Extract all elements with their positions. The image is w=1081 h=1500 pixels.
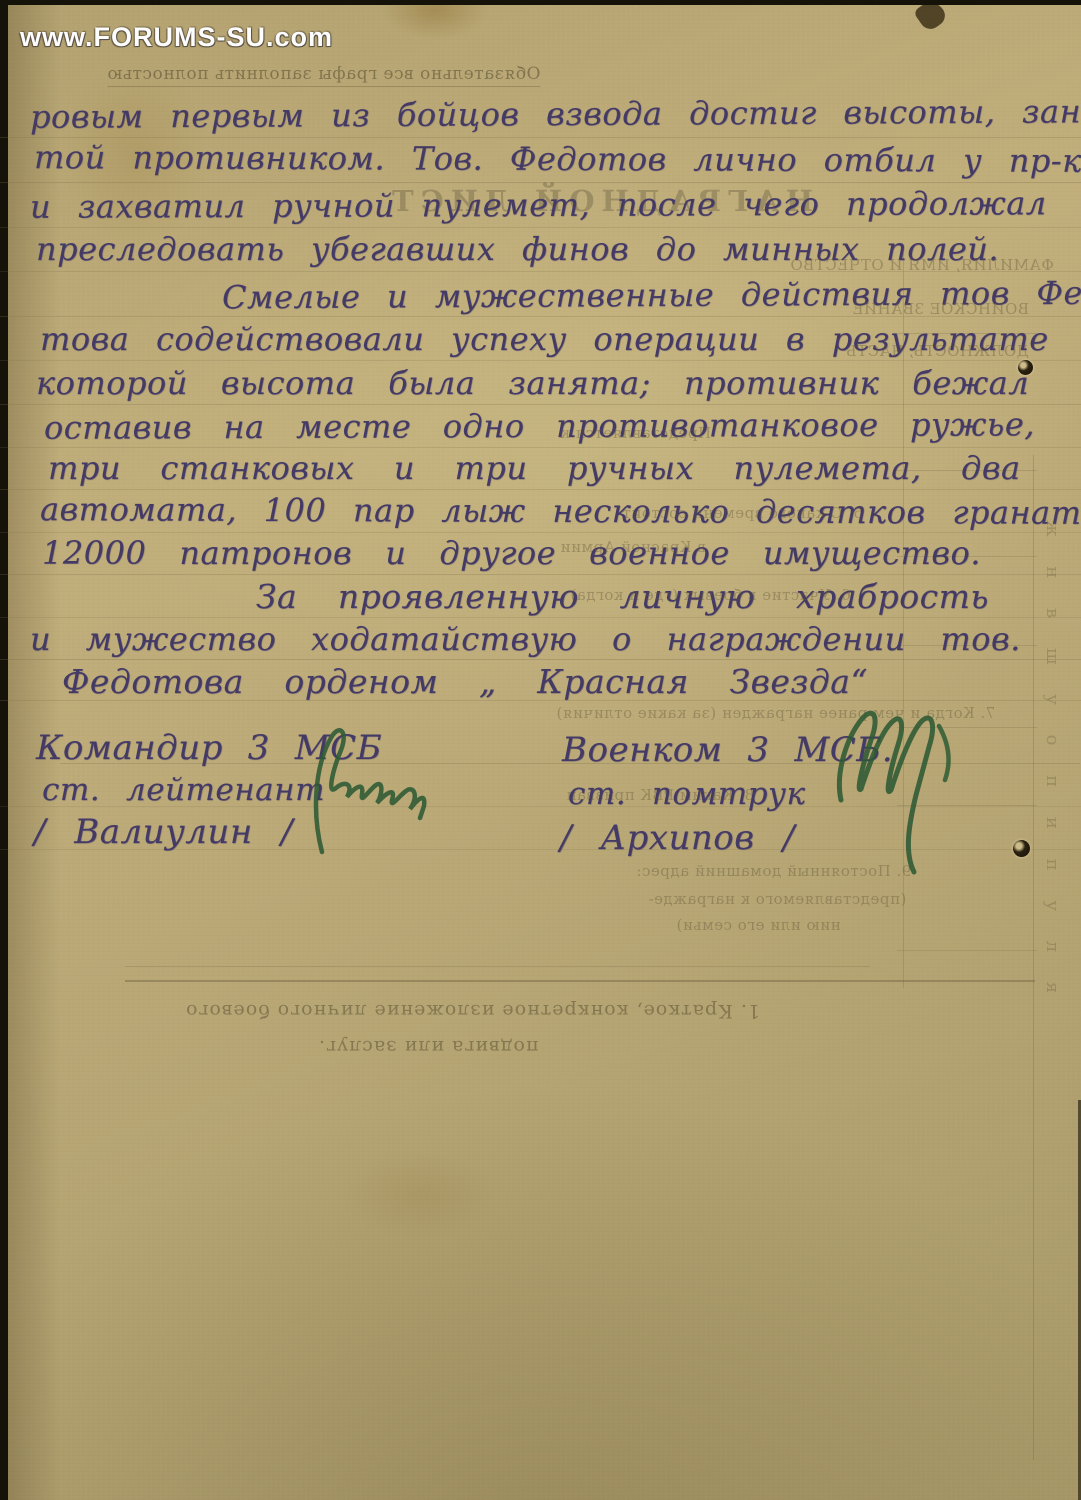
- ruled-line: [125, 966, 870, 967]
- ghost-form-field: Представляется к: [560, 424, 711, 442]
- punch-hole: [1013, 840, 1030, 857]
- ruled-line: [0, 659, 1081, 660]
- handwritten-line: ровым первым из бойцов взвода достиг выс…: [30, 92, 1081, 136]
- ruled-line: [0, 447, 1081, 448]
- handwritten-line: той противником. Тов. Федотов лично отби…: [34, 138, 1081, 180]
- ruled-line: [0, 227, 1081, 228]
- ruled-line: [125, 980, 1035, 982]
- handwritten-line: Федотова орденом „ Красная Звезда“: [62, 662, 868, 701]
- paper-stain: [340, 1150, 500, 1240]
- handwritten-line: которой высота была занята; противник бе…: [36, 364, 1029, 402]
- scan-edge: [0, 0, 8, 1500]
- handwritten-line: автомата, 100 пар лыж несколько десятков…: [40, 490, 1081, 532]
- scan-edge: [0, 0, 1081, 5]
- signature-left-name: / Валиулин /: [34, 812, 293, 852]
- signature-right-name: / Архипов /: [560, 818, 795, 858]
- signature-valiulin-autograph: [300, 722, 450, 857]
- handwritten-line: 12000 патронов и другое военное имуществ…: [42, 534, 981, 572]
- ghost-form-header: Обязательно все графы заполнить полность…: [107, 64, 540, 87]
- ghost-form-field: ВОИНСКОЕ ЗВАНИЕ: [852, 300, 1029, 318]
- handwritten-line: и мужество ходатайствую о награждении то…: [30, 620, 1021, 658]
- signature-left-rank: ст. лейтенант: [42, 772, 325, 808]
- ghost-footer-line: 1. Краткое, конкретное изложение личного…: [185, 1000, 760, 1022]
- ghost-form-field: ДОЛЖНОСТЬ, ЧАСТЬ: [846, 342, 1029, 360]
- handwritten-line: три станковых и три ручных пулемета, два: [48, 449, 1021, 487]
- ruled-line: [0, 574, 1081, 575]
- ruled-line: [0, 360, 1081, 361]
- ghost-footer-line: подвига или заслуг.: [318, 1036, 539, 1058]
- ghost-form-field: нию или его семьи): [676, 916, 841, 934]
- scanned-document-page: www.FORUMS-SU.com Обязательно все графы …: [0, 0, 1081, 1500]
- watermark: www.FORUMS-SU.com: [20, 22, 333, 53]
- ghost-form-field: в Красной Армии: [560, 538, 706, 556]
- ruled-line: [0, 617, 1081, 618]
- paper-stain: [380, 0, 490, 40]
- ghost-form-field: 5. С какого времени состоит: [622, 504, 863, 522]
- handwritten-line: и захватил ручной пулемет, после чего пр…: [30, 184, 1047, 226]
- punch-hole: [1018, 360, 1033, 375]
- ghost-form-field: ФАМИЛИЯ, ИМЯ И ОТЧЕСТВО: [790, 256, 1054, 274]
- column-cell-line: [897, 950, 1037, 951]
- signature-right-rank: ст. помтрук: [568, 776, 806, 812]
- handwritten-line: оставив на месте одно противотанковое ру…: [44, 405, 1035, 446]
- margin-letters: ж н в ш у о п и п у л я: [1042, 520, 1063, 1460]
- ruled-line: [0, 532, 1081, 533]
- ruled-line: [0, 182, 1081, 183]
- signature-arkhipov-autograph: [815, 700, 990, 895]
- column-line: [1033, 455, 1034, 1460]
- ghost-form-field: 6. Участие в боевых (где и когда): [570, 586, 851, 604]
